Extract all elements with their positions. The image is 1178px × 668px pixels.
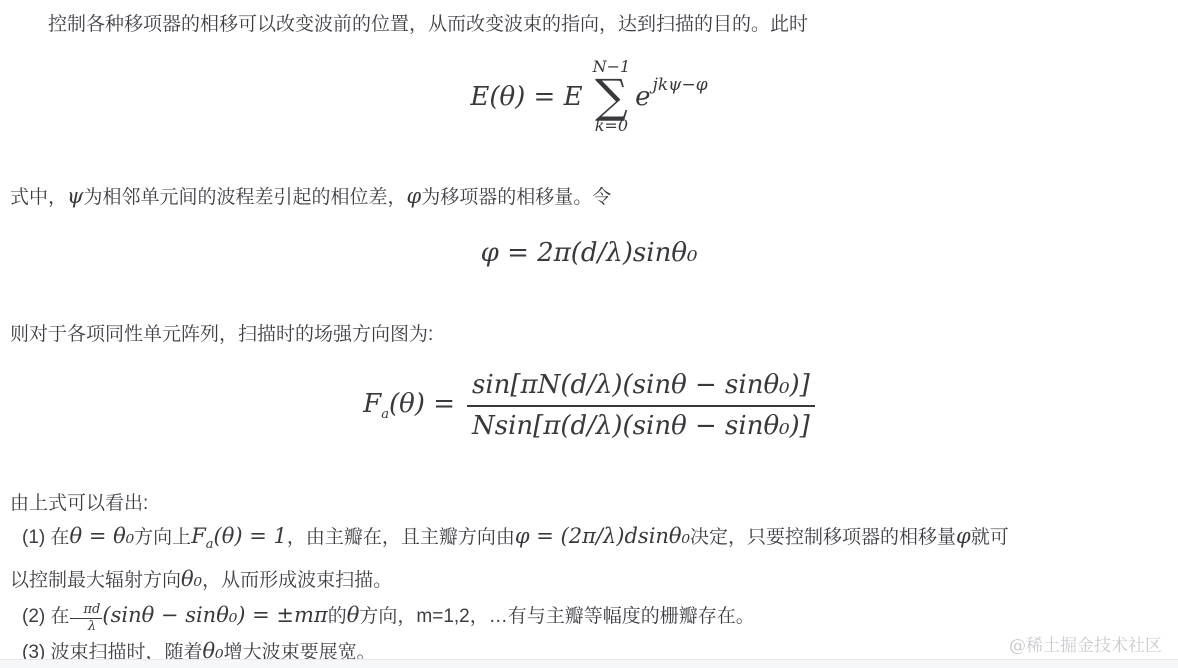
paragraph-intro: 控制各种移项器的相移可以改变波前的位置，从而改变波束的指向，达到扫描的目的。此时	[10, 12, 1168, 37]
next-block-edge	[0, 659, 1178, 668]
list-item-2: (2) 在πdλ(sinθ − sinθ₀) = ±mπ的θ方向，m=1,2，……	[10, 598, 1168, 634]
juejin-watermark: @稀土掘金技术社区	[1009, 631, 1162, 656]
formula-field-sum: E(θ) = E N−1 ∑ k=0 e jkψ−φ	[10, 58, 1168, 135]
math-theta-eq: θ = θ₀	[70, 524, 135, 548]
paragraph-definitions: 式中，ψ为相邻单元间的波程差引起的相位差，φ为移项器的相移量。令	[10, 184, 1168, 210]
math-psi: ψ	[67, 184, 83, 208]
formula-pattern-lhs: Fa(θ) =	[363, 389, 455, 422]
math-phi: φ	[407, 184, 422, 208]
text-run: 的	[328, 606, 347, 627]
math-F-subscript: a	[381, 408, 389, 423]
formula-pattern: Fa(θ) = sin[πN(d/λ)(sinθ − sinθ₀)] Nsin[…	[10, 370, 1168, 442]
text-run: 以控制最大辐射方向	[10, 570, 181, 591]
math-F: F	[363, 389, 381, 419]
text-run: 为移项器的相移量。令	[421, 187, 611, 208]
text-run: 就可	[971, 527, 1009, 548]
article-body: 控制各种移项器的相移可以改变波前的位置，从而改变波束的指向，达到扫描的目的。此时…	[0, 0, 1178, 668]
text-run: (2) 在	[22, 606, 70, 627]
math-grating-condition: (sinθ − sinθ₀) = ±mπ	[102, 603, 327, 627]
formula-phase-shift: φ = 2π(d/λ)sinθ₀	[10, 237, 1168, 269]
inline-fraction-numerator: πd	[70, 603, 103, 619]
text-run: ，从而形成波束扫描。	[202, 570, 392, 591]
fraction: sin[πN(d/λ)(sinθ − sinθ₀)] Nsin[π(d/λ)(s…	[467, 370, 815, 442]
math-F: F	[191, 524, 206, 548]
text-run: 方向上	[134, 527, 191, 548]
fraction-denominator: Nsin[π(d/λ)(sinθ − sinθ₀)]	[467, 407, 815, 442]
math-Fa-rest: (θ) = 1	[214, 524, 287, 548]
paragraph-array: 则对于各项同性单元阵列，扫描时的场强方向图为:	[10, 322, 1168, 347]
text-run: 决定，只要控制移项器的相移量	[690, 527, 956, 548]
fraction-numerator: sin[πN(d/λ)(sinθ − sinθ₀)]	[467, 370, 815, 407]
text-run: 式中，	[10, 187, 67, 208]
inline-fraction-denominator: λ	[70, 619, 103, 634]
math-theta: θ	[347, 603, 360, 627]
formula-sum-exponent: jkψ−φ	[653, 75, 708, 95]
math-F-subscript: a	[206, 537, 214, 552]
paragraph-conclusion-intro: 由上式可以看出:	[10, 491, 1168, 516]
summation-lower-limit: k=0	[595, 117, 628, 135]
math-phi-formula: φ = (2π/λ)dsinθ₀	[515, 524, 690, 548]
list-item-1-line-1: (1) 在θ = θ₀方向上Fa(θ) = 1，由主瓣在，且主瓣方向由φ = (…	[10, 519, 1168, 562]
summation-symbol: N−1 ∑ k=0	[593, 58, 631, 135]
text-run: 为相邻单元间的波程差引起的相位差，	[83, 187, 406, 208]
sigma-icon: ∑	[595, 76, 628, 117]
math-Fa: Fa(θ) = 1	[191, 524, 287, 548]
math-lhs-rest: (θ) =	[389, 389, 455, 419]
formula-sum-lhs: E(θ) = E	[470, 82, 582, 112]
text-run: 方向，m=1,2，…有与主瓣等幅度的栅瓣存在。	[359, 606, 754, 627]
inline-fraction: πdλ	[70, 603, 103, 634]
math-phi: φ	[956, 524, 971, 548]
text-run: (1) 在	[22, 527, 70, 548]
text-run: ，由主瓣在，且主瓣方向由	[287, 527, 515, 548]
formula-sum-base: e	[635, 82, 650, 112]
formula-phi-body: φ = 2π(d/λ)sinθ₀	[481, 238, 698, 268]
math-theta0: θ₀	[181, 567, 202, 591]
list-item-1-line-2: 以控制最大辐射方向θ₀，从而形成波束扫描。	[10, 562, 1168, 598]
